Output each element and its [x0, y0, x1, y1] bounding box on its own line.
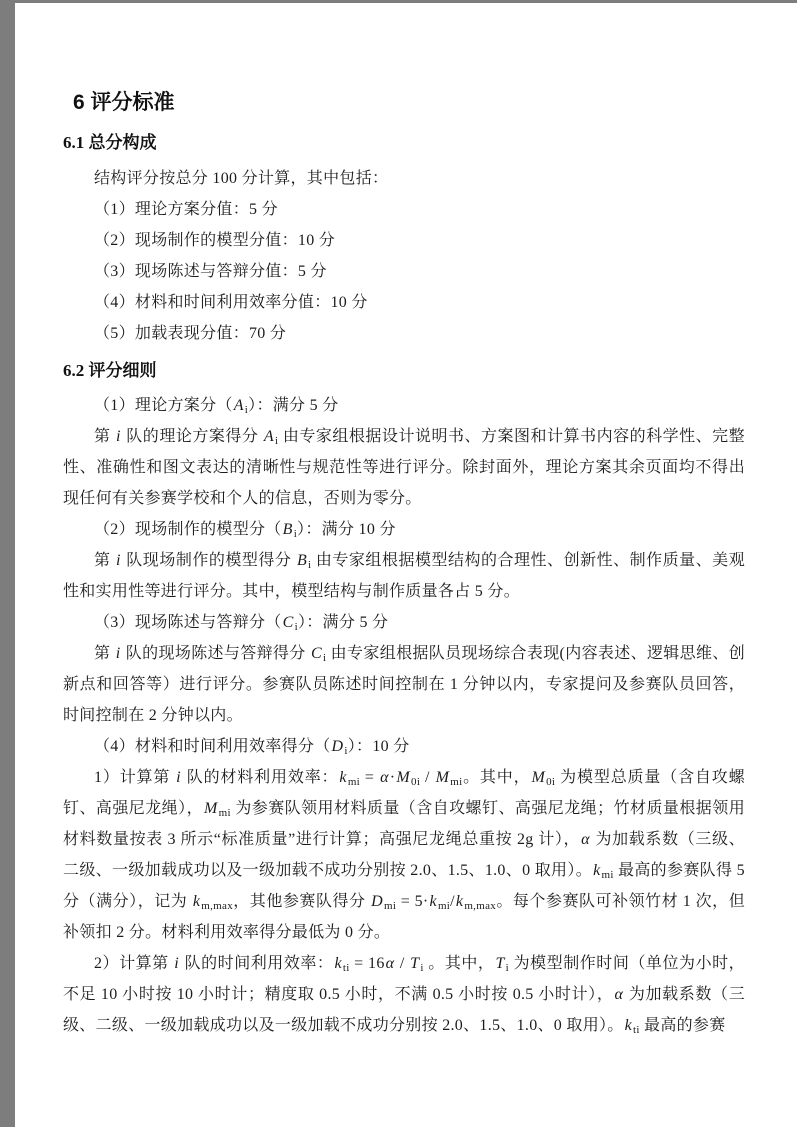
scan-edge-top — [0, 0, 797, 3]
paragraph: （4）材料和时间利用效率得分（Di）：10 分 — [63, 731, 745, 762]
paragraph: 结构评分按总分 100 分计算，其中包括： — [63, 163, 745, 194]
list-item: （2）现场制作的模型分值：10 分 — [63, 225, 745, 256]
paragraph: 第 i 队的理论方案得分 Ai 由专家组根据设计说明书、方案图和计算书内容的科学… — [63, 421, 745, 514]
subsection-heading: 6.1 总分构成 — [63, 133, 745, 153]
chapter-heading: 6 评分标准 — [73, 91, 745, 114]
paragraph: 第 i 队现场制作的模型得分 Bi 由专家组根据模型结构的合理性、创新性、制作质… — [63, 545, 745, 607]
document-page: 6 评分标准 6.1 总分构成结构评分按总分 100 分计算，其中包括：（1）理… — [15, 3, 797, 1127]
subsection-heading: 6.2 评分细则 — [63, 361, 745, 381]
paragraph: 1）计算第 i 队的材料利用效率：kmi = α·M0i / Mmi。其中，M0… — [63, 762, 745, 948]
list-item: （5）加载表现分值：70 分 — [63, 318, 745, 349]
paragraph: 2）计算第 i 队的时间利用效率：kti = 16α / Ti 。其中，Ti 为… — [63, 948, 745, 1041]
list-item: （4）材料和时间利用效率分值：10 分 — [63, 287, 745, 318]
scan-edge-left — [0, 0, 15, 1127]
document-body: 6.1 总分构成结构评分按总分 100 分计算，其中包括：（1）理论方案分值：5… — [63, 133, 745, 1041]
paragraph: 第 i 队的现场陈述与答辩得分 Ci 由专家组根据队员现场综合表现(内容表述、逻… — [63, 638, 745, 731]
paragraph: （3）现场陈述与答辩分（Ci）：满分 5 分 — [63, 607, 745, 638]
paragraph: （1）理论方案分（Ai）：满分 5 分 — [63, 390, 745, 421]
list-item: （1）理论方案分值：5 分 — [63, 194, 745, 225]
screenshot-root: { "colors": { "scan_border": "#7d7d7d", … — [0, 0, 797, 1127]
list-item: （3）现场陈述与答辩分值：5 分 — [63, 256, 745, 287]
paragraph: （2）现场制作的模型分（Bi）：满分 10 分 — [63, 514, 745, 545]
